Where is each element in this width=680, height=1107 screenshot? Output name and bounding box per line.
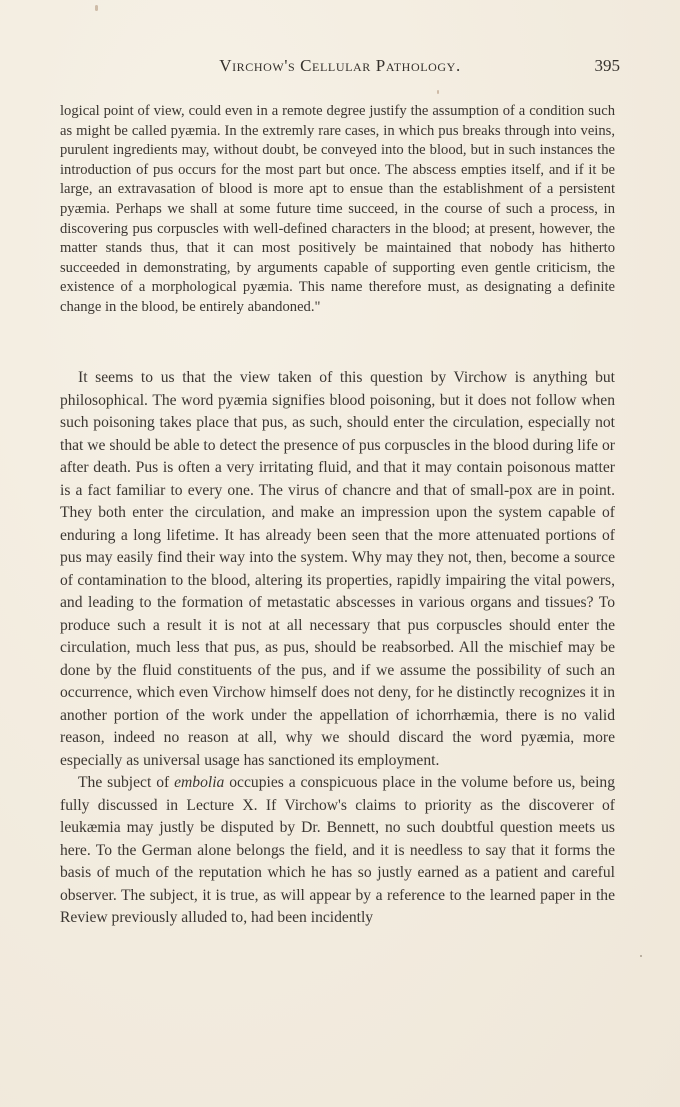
italic-term: embolia	[174, 774, 224, 791]
paper-speck	[640, 955, 642, 957]
block-quote: logical point of view, could even in a r…	[60, 102, 615, 318]
paragraph-embolia: The subject of embolia occupies a conspi…	[60, 772, 615, 930]
page-number: 395	[595, 56, 621, 76]
quote-paragraph: logical point of view, could even in a r…	[60, 102, 615, 318]
running-title: Virchow's Cellular Pathology.	[60, 56, 620, 76]
paper-speck	[437, 90, 439, 94]
book-page: Virchow's Cellular Pathology. 395 logica…	[0, 0, 680, 1107]
running-header: Virchow's Cellular Pathology. 395	[60, 56, 620, 80]
paragraph-pyaemia: It seems to us that the view taken of th…	[60, 367, 615, 772]
paragraph-embolia-start: The subject of	[78, 774, 174, 791]
paper-speck	[95, 5, 98, 11]
main-text: It seems to us that the view taken of th…	[60, 367, 615, 930]
paragraph-embolia-rest: occupies a conspicuous place in the volu…	[60, 774, 615, 926]
